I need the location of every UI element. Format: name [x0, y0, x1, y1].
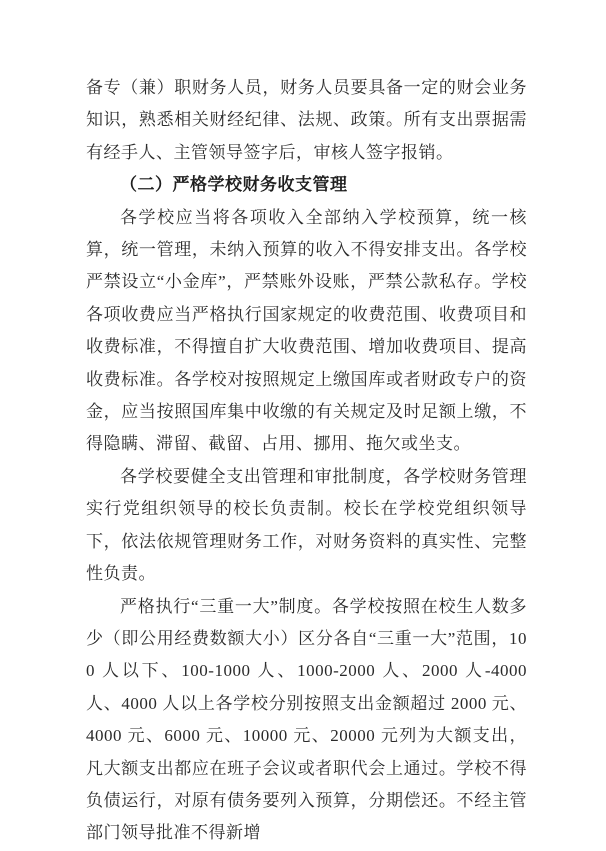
- document-body: 备专（兼）职财务人员，财务人员要具备一定的财会业务知识，熟悉相关财经纪律、法规、…: [86, 72, 527, 850]
- section-heading-finance-revenue-expense-management: （二）严格学校财务收支管理: [86, 169, 527, 201]
- paragraph-expense-approval-responsibility: 各学校要健全支出管理和审批制度，各学校财务管理实行党组织领导的校长负责制。校长在…: [86, 461, 527, 591]
- paragraph-continued-financial-personnel: 备专（兼）职财务人员，财务人员要具备一定的财会业务知识，熟悉相关财经纪律、法规、…: [86, 72, 527, 169]
- document-page: 备专（兼）职财务人员，财务人员要具备一定的财会业务知识，熟悉相关财经纪律、法规、…: [0, 0, 606, 851]
- paragraph-budget-and-fee-rules: 各学校应当将各项收入全部纳入学校预算，统一核算，统一管理，未纳入预算的收入不得安…: [86, 202, 527, 461]
- paragraph-three-major-one-large-system: 严格执行“三重一大”制度。各学校按照在校生人数多少（即公用经费数额大小）区分各自…: [86, 591, 527, 850]
